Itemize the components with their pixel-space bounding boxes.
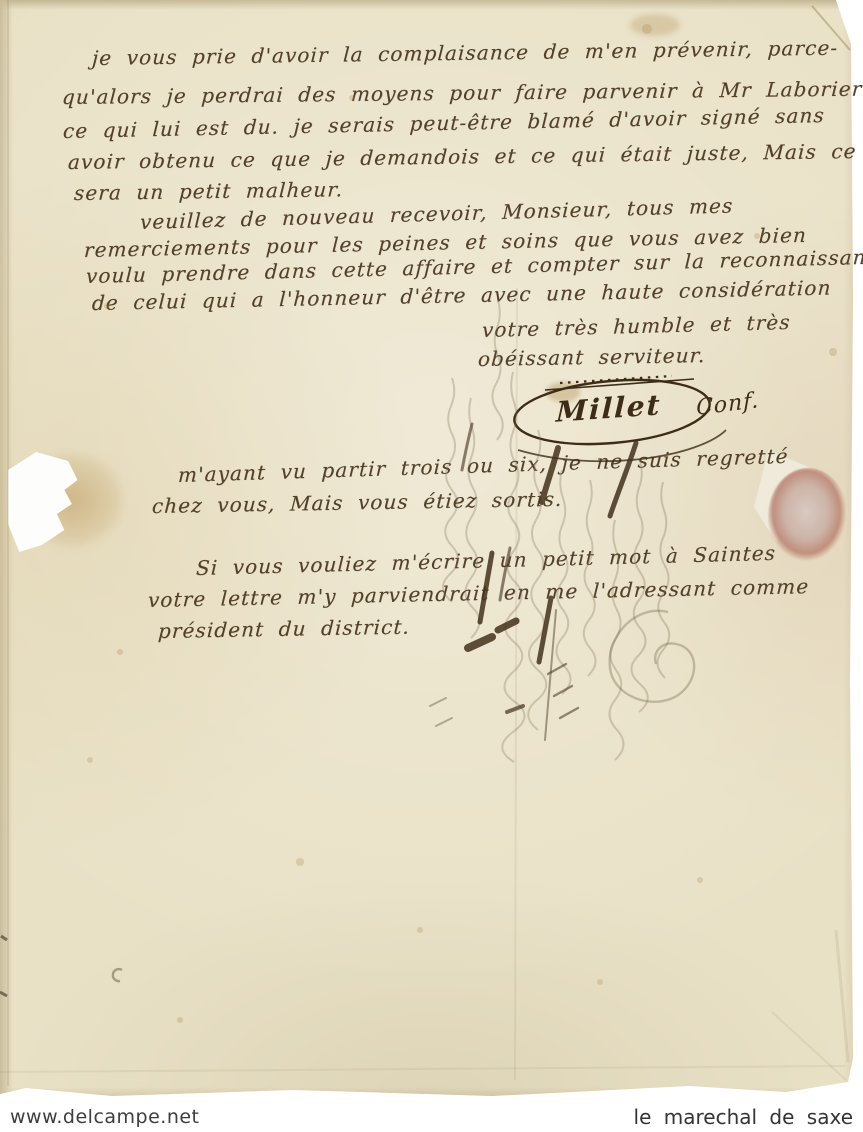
scanned-letter-photo: je vous prie d'avoir la complaisance de …: [0, 0, 863, 1132]
watermark-url: www.delcampe.net: [10, 1106, 200, 1128]
ink-smudge: [630, 14, 680, 36]
wax-seal-stain: [768, 468, 848, 566]
watermark-caption: le marechal de saxe: [634, 1105, 853, 1129]
watermark-bar: www.delcampe.net le marechal de saxe: [0, 1100, 863, 1132]
handwriting-line: obéissant serviteur.: [477, 343, 706, 371]
handwriting-line: sera un petit malheur.: [73, 177, 344, 205]
handwriting-line: président du district.: [157, 615, 410, 643]
